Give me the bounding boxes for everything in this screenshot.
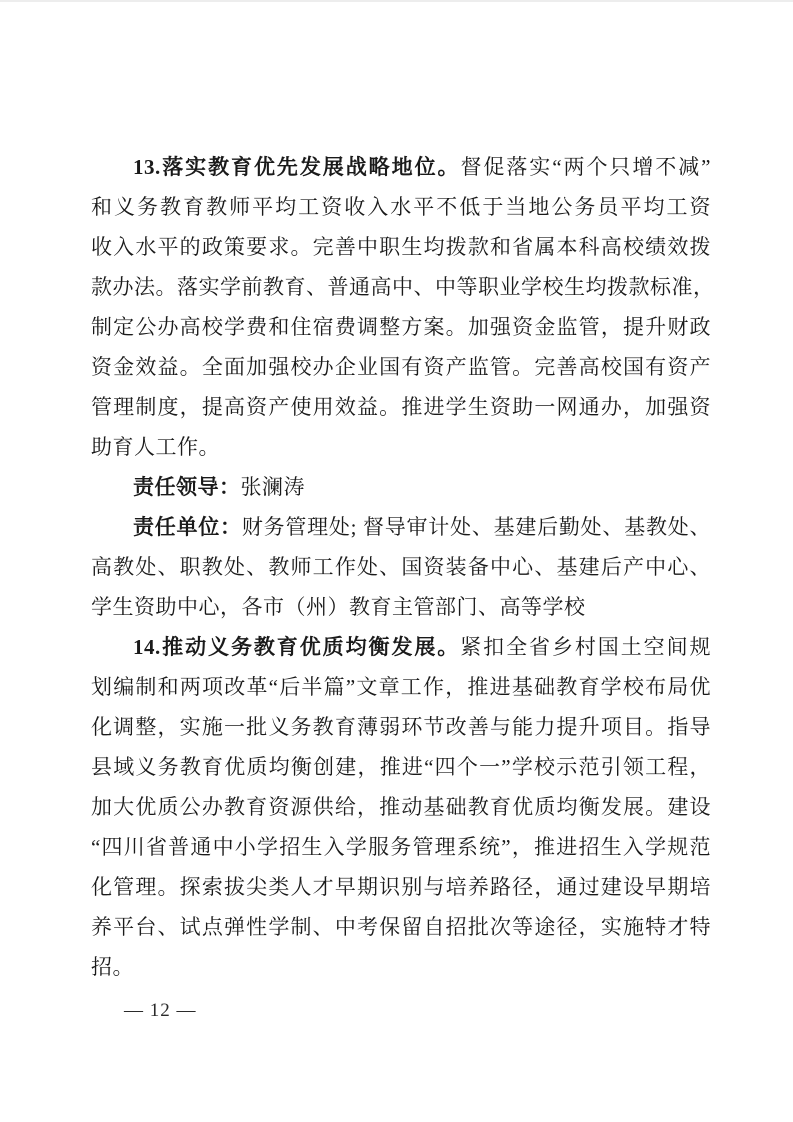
document-body: 13.落实教育优先发展战略地位。督促落实“两个只增不减”和义务教育教师平均工资收… <box>91 147 711 987</box>
line-text: 高教处、职教处、教师工作处、国资装备中心、基建后产中心、 <box>91 555 711 579</box>
line-text: 招。 <box>91 955 134 979</box>
bold-lead: 责任领导： <box>133 475 241 499</box>
text-line: “四川省普通中小学招生入学服务管理系统”，推进招生入学规范 <box>91 827 711 867</box>
line-text: 管理制度，提高资产使用效益。推进学生资助一网通办，加强资 <box>91 395 711 419</box>
line-text: 资金效益。全面加强校办企业国有资产监管。完善高校国有资产 <box>91 355 711 379</box>
bold-lead: 14.推动义务教育优质均衡发展。 <box>133 635 460 659</box>
line-text: 张澜涛 <box>241 475 306 499</box>
text-line: 款办法。落实学前教育、普通高中、中等职业学校生均拨款标准， <box>91 267 711 307</box>
line-text: 紧扣全省乡村国土空间规 <box>460 635 711 659</box>
text-line: 高教处、职教处、教师工作处、国资装备中心、基建后产中心、 <box>91 547 711 587</box>
text-line: 责任领导：张澜涛 <box>91 467 711 507</box>
text-line: 加大优质公办教育资源供给，推动基础教育优质均衡发展。建设 <box>91 787 711 827</box>
line-text: 县域义务教育优质均衡创建，推进“四个一”学校示范引领工程， <box>91 755 711 779</box>
line-text: 和义务教育教师平均工资收入水平不低于当地公务员平均工资 <box>91 195 711 219</box>
text-line: 学生资助中心，各市（州）教育主管部门、高等学校 <box>91 587 711 627</box>
line-text: 化调整，实施一批义务教育薄弱环节改善与能力提升项目。指导 <box>91 715 711 739</box>
line-text: 养平台、试点弹性学制、中考保留自招批次等途径，实施特才特 <box>91 915 711 939</box>
text-line: 制定公办高校学费和住宿费调整方案。加强资金监管，提升财政 <box>91 307 711 347</box>
document-page: 13.落实教育优先发展战略地位。督促落实“两个只增不减”和义务教育教师平均工资收… <box>0 0 793 1122</box>
line-text: 化管理。探索拔尖类人才早期识别与培养路径，通过建设早期培 <box>91 875 711 899</box>
text-line: 招。 <box>91 947 711 987</box>
line-text: 收入水平的政策要求。完善中职生均拨款和省属本科高校绩效拨 <box>91 235 711 259</box>
line-text: 学生资助中心，各市（州）教育主管部门、高等学校 <box>91 595 586 619</box>
text-line: 县域义务教育优质均衡创建，推进“四个一”学校示范引领工程， <box>91 747 711 787</box>
text-line: 14.推动义务教育优质均衡发展。紧扣全省乡村国土空间规 <box>91 627 711 667</box>
page-number: — 12 — <box>124 999 197 1023</box>
text-line: 收入水平的政策要求。完善中职生均拨款和省属本科高校绩效拨 <box>91 227 711 267</box>
text-line: 责任单位：财务管理处; 督导审计处、基建后勤处、基教处、 <box>91 507 711 547</box>
line-text: 助育人工作。 <box>91 435 220 459</box>
text-line: 划编制和两项改革“后半篇”文章工作，推进基础教育学校布局优 <box>91 667 711 707</box>
bold-lead: 13.落实教育优先发展战略地位。 <box>133 155 460 179</box>
text-line: 资金效益。全面加强校办企业国有资产监管。完善高校国有资产 <box>91 347 711 387</box>
line-text: 财务管理处; 督导审计处、基建后勤处、基教处、 <box>242 515 711 539</box>
text-line: 13.落实教育优先发展战略地位。督促落实“两个只增不减” <box>91 147 711 187</box>
line-text: 制定公办高校学费和住宿费调整方案。加强资金监管，提升财政 <box>91 315 711 339</box>
text-line: 助育人工作。 <box>91 427 711 467</box>
line-text: 加大优质公办教育资源供给，推动基础教育优质均衡发展。建设 <box>91 795 711 819</box>
text-line: 和义务教育教师平均工资收入水平不低于当地公务员平均工资 <box>91 187 711 227</box>
bold-lead: 责任单位： <box>133 515 242 539</box>
line-text: “四川省普通中小学招生入学服务管理系统”，推进招生入学规范 <box>91 835 711 859</box>
text-line: 养平台、试点弹性学制、中考保留自招批次等途径，实施特才特 <box>91 907 711 947</box>
line-text: 督促落实“两个只增不减” <box>460 155 711 179</box>
text-line: 管理制度，提高资产使用效益。推进学生资助一网通办，加强资 <box>91 387 711 427</box>
text-line: 化管理。探索拔尖类人才早期识别与培养路径，通过建设早期培 <box>91 867 711 907</box>
text-line: 化调整，实施一批义务教育薄弱环节改善与能力提升项目。指导 <box>91 707 711 747</box>
line-text: 划编制和两项改革“后半篇”文章工作，推进基础教育学校布局优 <box>91 675 711 699</box>
line-text: 款办法。落实学前教育、普通高中、中等职业学校生均拨款标准， <box>91 275 715 299</box>
